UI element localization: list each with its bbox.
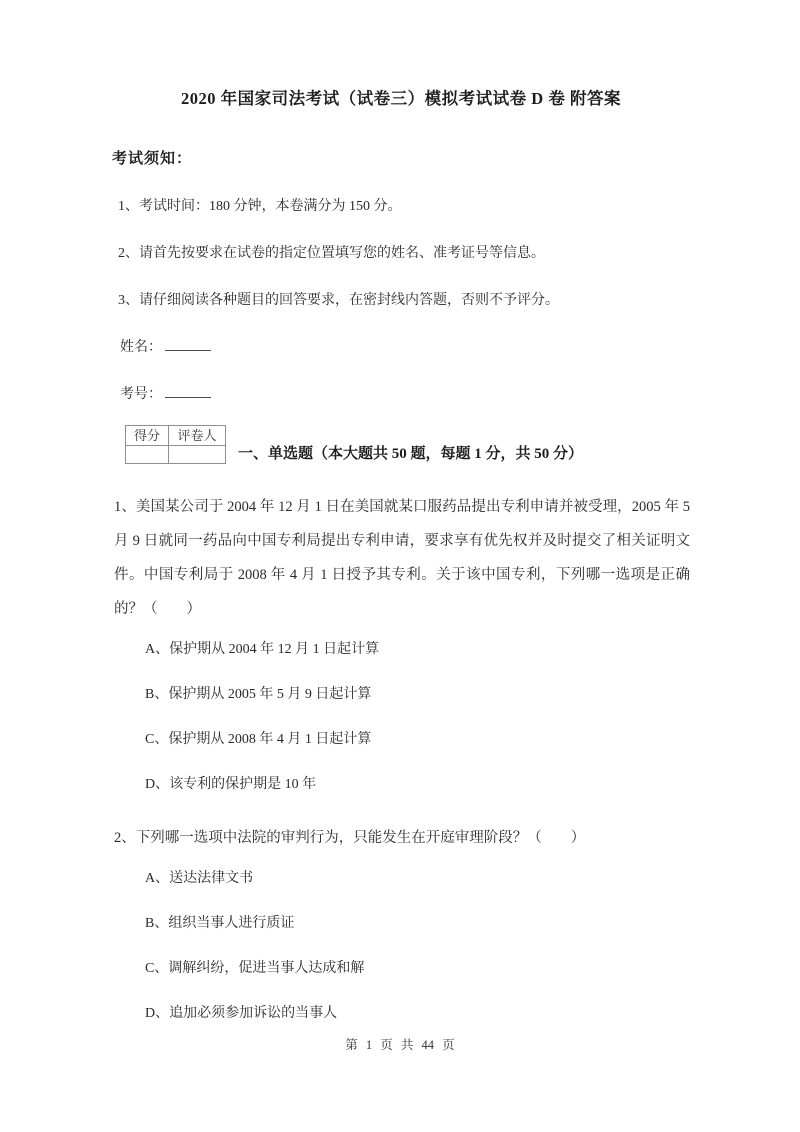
- question-2-option-a: A、送达法律文书: [145, 869, 690, 889]
- notice-item-3: 3、请仔细阅读各种题目的回答要求，在密封线内答题，否则不予评分。: [118, 291, 690, 311]
- exam-no-blank-line: [165, 384, 211, 398]
- score-table: 得分 评卷人: [125, 425, 226, 464]
- exam-no-label: 考号：: [120, 387, 162, 402]
- question-1-stem: 1、美国某公司于 2004 年 12 月 1 日在美国就某口服药品提出专利申请并…: [114, 490, 690, 626]
- name-field-row: 姓名：: [120, 337, 690, 358]
- name-label: 姓名：: [120, 340, 162, 355]
- question-1-option-c: C、保护期从 2008 年 4 月 1 日起计算: [145, 730, 690, 750]
- notice-item-1: 1、考试时间：180 分钟，本卷满分为 150 分。: [118, 197, 690, 217]
- notice-heading: 考试须知：: [112, 148, 690, 170]
- question-1-option-d: D、该专利的保护期是 10 年: [145, 775, 690, 795]
- question-1: 1、美国某公司于 2004 年 12 月 1 日在美国就某口服药品提出专利申请并…: [112, 490, 690, 795]
- exam-document-page: 2020 年国家司法考试（试卷三）模拟考试试卷 D 卷 附答案 考试须知： 1、…: [0, 0, 800, 1132]
- score-header-cell: 得分: [126, 426, 169, 446]
- score-table-empty-row: [126, 446, 226, 464]
- question-2-option-c: C、调解纠纷，促进当事人达成和解: [145, 959, 690, 979]
- page-footer: 第 1 页 共 44 页: [0, 1036, 800, 1054]
- exam-no-field-row: 考号：: [120, 384, 690, 405]
- notice-item-2: 2、请首先按要求在试卷的指定位置填写您的姓名、准考证号等信息。: [118, 244, 690, 264]
- name-blank-line: [165, 337, 211, 351]
- question-1-option-a: A、保护期从 2004 年 12 月 1 日起计算: [145, 640, 690, 660]
- question-2-option-d: D、追加必须参加诉讼的当事人: [145, 1004, 690, 1024]
- question-2: 2、下列哪一选项中法院的审判行为，只能发生在开庭审理阶段？（ ） A、送达法律文…: [112, 821, 690, 1024]
- score-table-header-row: 得分 评卷人: [126, 426, 226, 446]
- question-2-option-b: B、组织当事人进行质证: [145, 914, 690, 934]
- question-1-option-b: B、保护期从 2005 年 5 月 9 日起计算: [145, 685, 690, 705]
- question-2-stem: 2、下列哪一选项中法院的审判行为，只能发生在开庭审理阶段？（ ）: [114, 821, 690, 855]
- grader-header-cell: 评卷人: [169, 426, 226, 446]
- score-section: 得分 评卷人 一、单选题（本大题共 50 题，每题 1 分，共 50 分）: [125, 425, 690, 464]
- grader-value-cell: [169, 446, 226, 464]
- section-heading-single-choice: 一、单选题（本大题共 50 题，每题 1 分，共 50 分）: [238, 444, 583, 464]
- score-value-cell: [126, 446, 169, 464]
- page-title: 2020 年国家司法考试（试卷三）模拟考试试卷 D 卷 附答案: [112, 88, 690, 110]
